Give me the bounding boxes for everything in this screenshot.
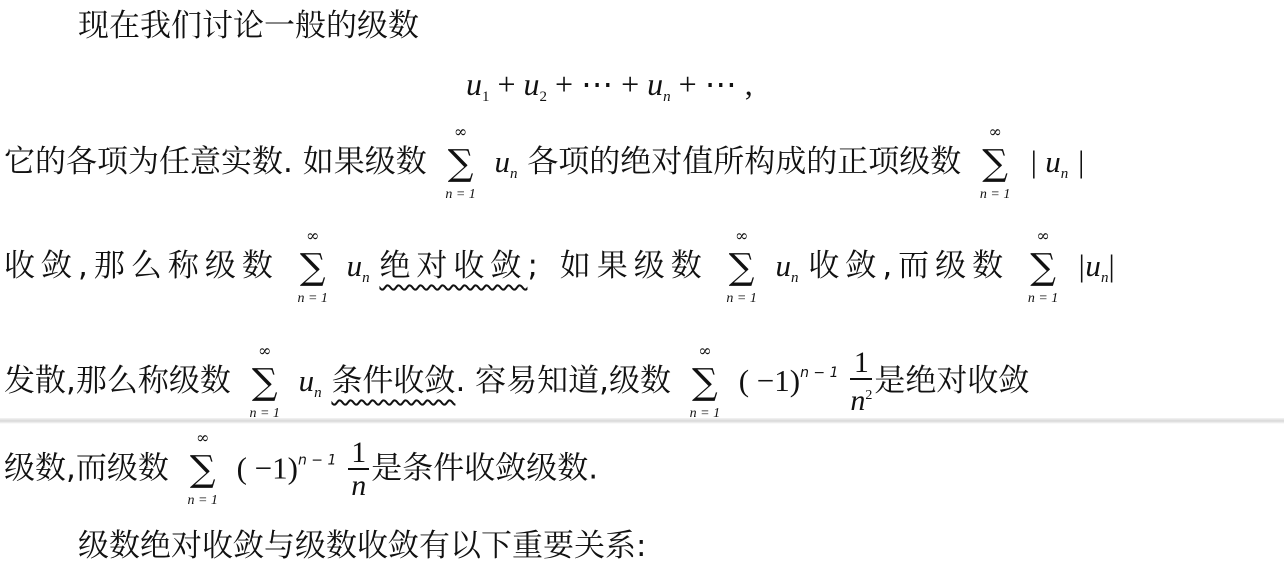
series-formula: u1 + u2 + ⋯ + un + ⋯ , <box>466 64 753 117</box>
term-u: u <box>647 66 663 102</box>
paragraph-line-5: 级数,而级数 ∞∑n = 1 ( −1)n − 1 1n是条件收敛级数. <box>4 438 598 502</box>
fraction: 1n2 <box>850 348 872 417</box>
abs-bar: | <box>1078 144 1084 179</box>
term-u: u <box>775 248 791 283</box>
text: 它的各项为任意实数. 如果级数 <box>4 144 427 180</box>
term-u: u <box>299 363 315 398</box>
exponent: n − 1 <box>298 453 336 469</box>
term-u: u <box>494 144 510 179</box>
summation-symbol: ∞∑n = 1 <box>183 452 223 488</box>
subscript: 2 <box>540 89 548 105</box>
factor: ( −1) <box>739 363 800 398</box>
ellipsis-comma: + ⋯ , <box>679 66 753 102</box>
text: 是绝对收敛 <box>874 363 1029 399</box>
exponent: n − 1 <box>800 365 838 381</box>
abs-term: |u <box>1077 248 1101 283</box>
text: 级数绝对收敛与级数收敛有以下重要关系: <box>78 528 646 564</box>
paragraph-line-3: 收敛,那么称级数 ∞∑n = 1 un 绝对收敛; 如果级数 ∞∑n = 1 u… <box>4 246 1115 298</box>
text: 各项的绝对值所构成的正项级数 <box>527 144 961 180</box>
abs-bar: | <box>1108 248 1114 283</box>
subscript: n <box>314 385 322 401</box>
summation-symbol: ∞∑n = 1 <box>245 365 285 401</box>
page-seam-divider <box>0 418 1284 424</box>
paragraph-line-2: 它的各项为任意实数. 如果级数 ∞∑n = 1 un 各项的绝对值所构成的正项级… <box>4 142 1084 194</box>
term-absolute-convergence: 绝对收敛 <box>379 248 527 284</box>
text: . 容易知道,级数 <box>455 363 671 399</box>
text: ; 如果级数 <box>527 248 707 284</box>
fraction: 1n <box>348 438 369 502</box>
text: 级数,而级数 <box>4 451 169 487</box>
text: 是条件收敛级数. <box>371 451 598 487</box>
summation-symbol: ∞∑n = 1 <box>441 146 481 182</box>
term-u: u <box>466 66 482 102</box>
summation-symbol: ∞∑n = 1 <box>975 146 1015 182</box>
paragraph-intro: 现在我们讨论一般的级数 <box>78 6 419 46</box>
subscript: n <box>791 270 799 286</box>
subscript: n <box>1061 166 1069 182</box>
paragraph-line-4: 发散,那么称级数 ∞∑n = 1 un 条件收敛. 容易知道,级数 ∞∑n = … <box>4 348 1029 417</box>
subscript: 1 <box>482 89 490 105</box>
subscript: n <box>663 89 671 105</box>
summation-symbol: ∞∑n = 1 <box>685 365 725 401</box>
summation-symbol: ∞∑n = 1 <box>722 250 762 286</box>
text: 发散,那么称级数 <box>4 363 231 399</box>
subscript: n <box>510 166 518 182</box>
term-conditional-convergence: 条件收敛 <box>331 363 455 399</box>
factor: ( −1) <box>237 451 298 486</box>
term-u: u <box>347 248 363 283</box>
subscript: n <box>362 270 370 286</box>
text: 收敛,而级数 <box>808 248 1009 284</box>
summation-symbol: ∞∑n = 1 <box>293 250 333 286</box>
summation-symbol: ∞∑n = 1 <box>1023 250 1063 286</box>
ellipsis: + ⋯ + <box>555 66 639 102</box>
text: 收敛,那么称级数 <box>4 248 279 284</box>
plus-sign: + <box>498 66 516 102</box>
abs-term: | u <box>1029 144 1061 179</box>
intro-text: 现在我们讨论一般的级数 <box>78 8 419 44</box>
paragraph-relation: 级数绝对收敛与级数收敛有以下重要关系: <box>78 526 646 566</box>
term-u: u <box>524 66 540 102</box>
